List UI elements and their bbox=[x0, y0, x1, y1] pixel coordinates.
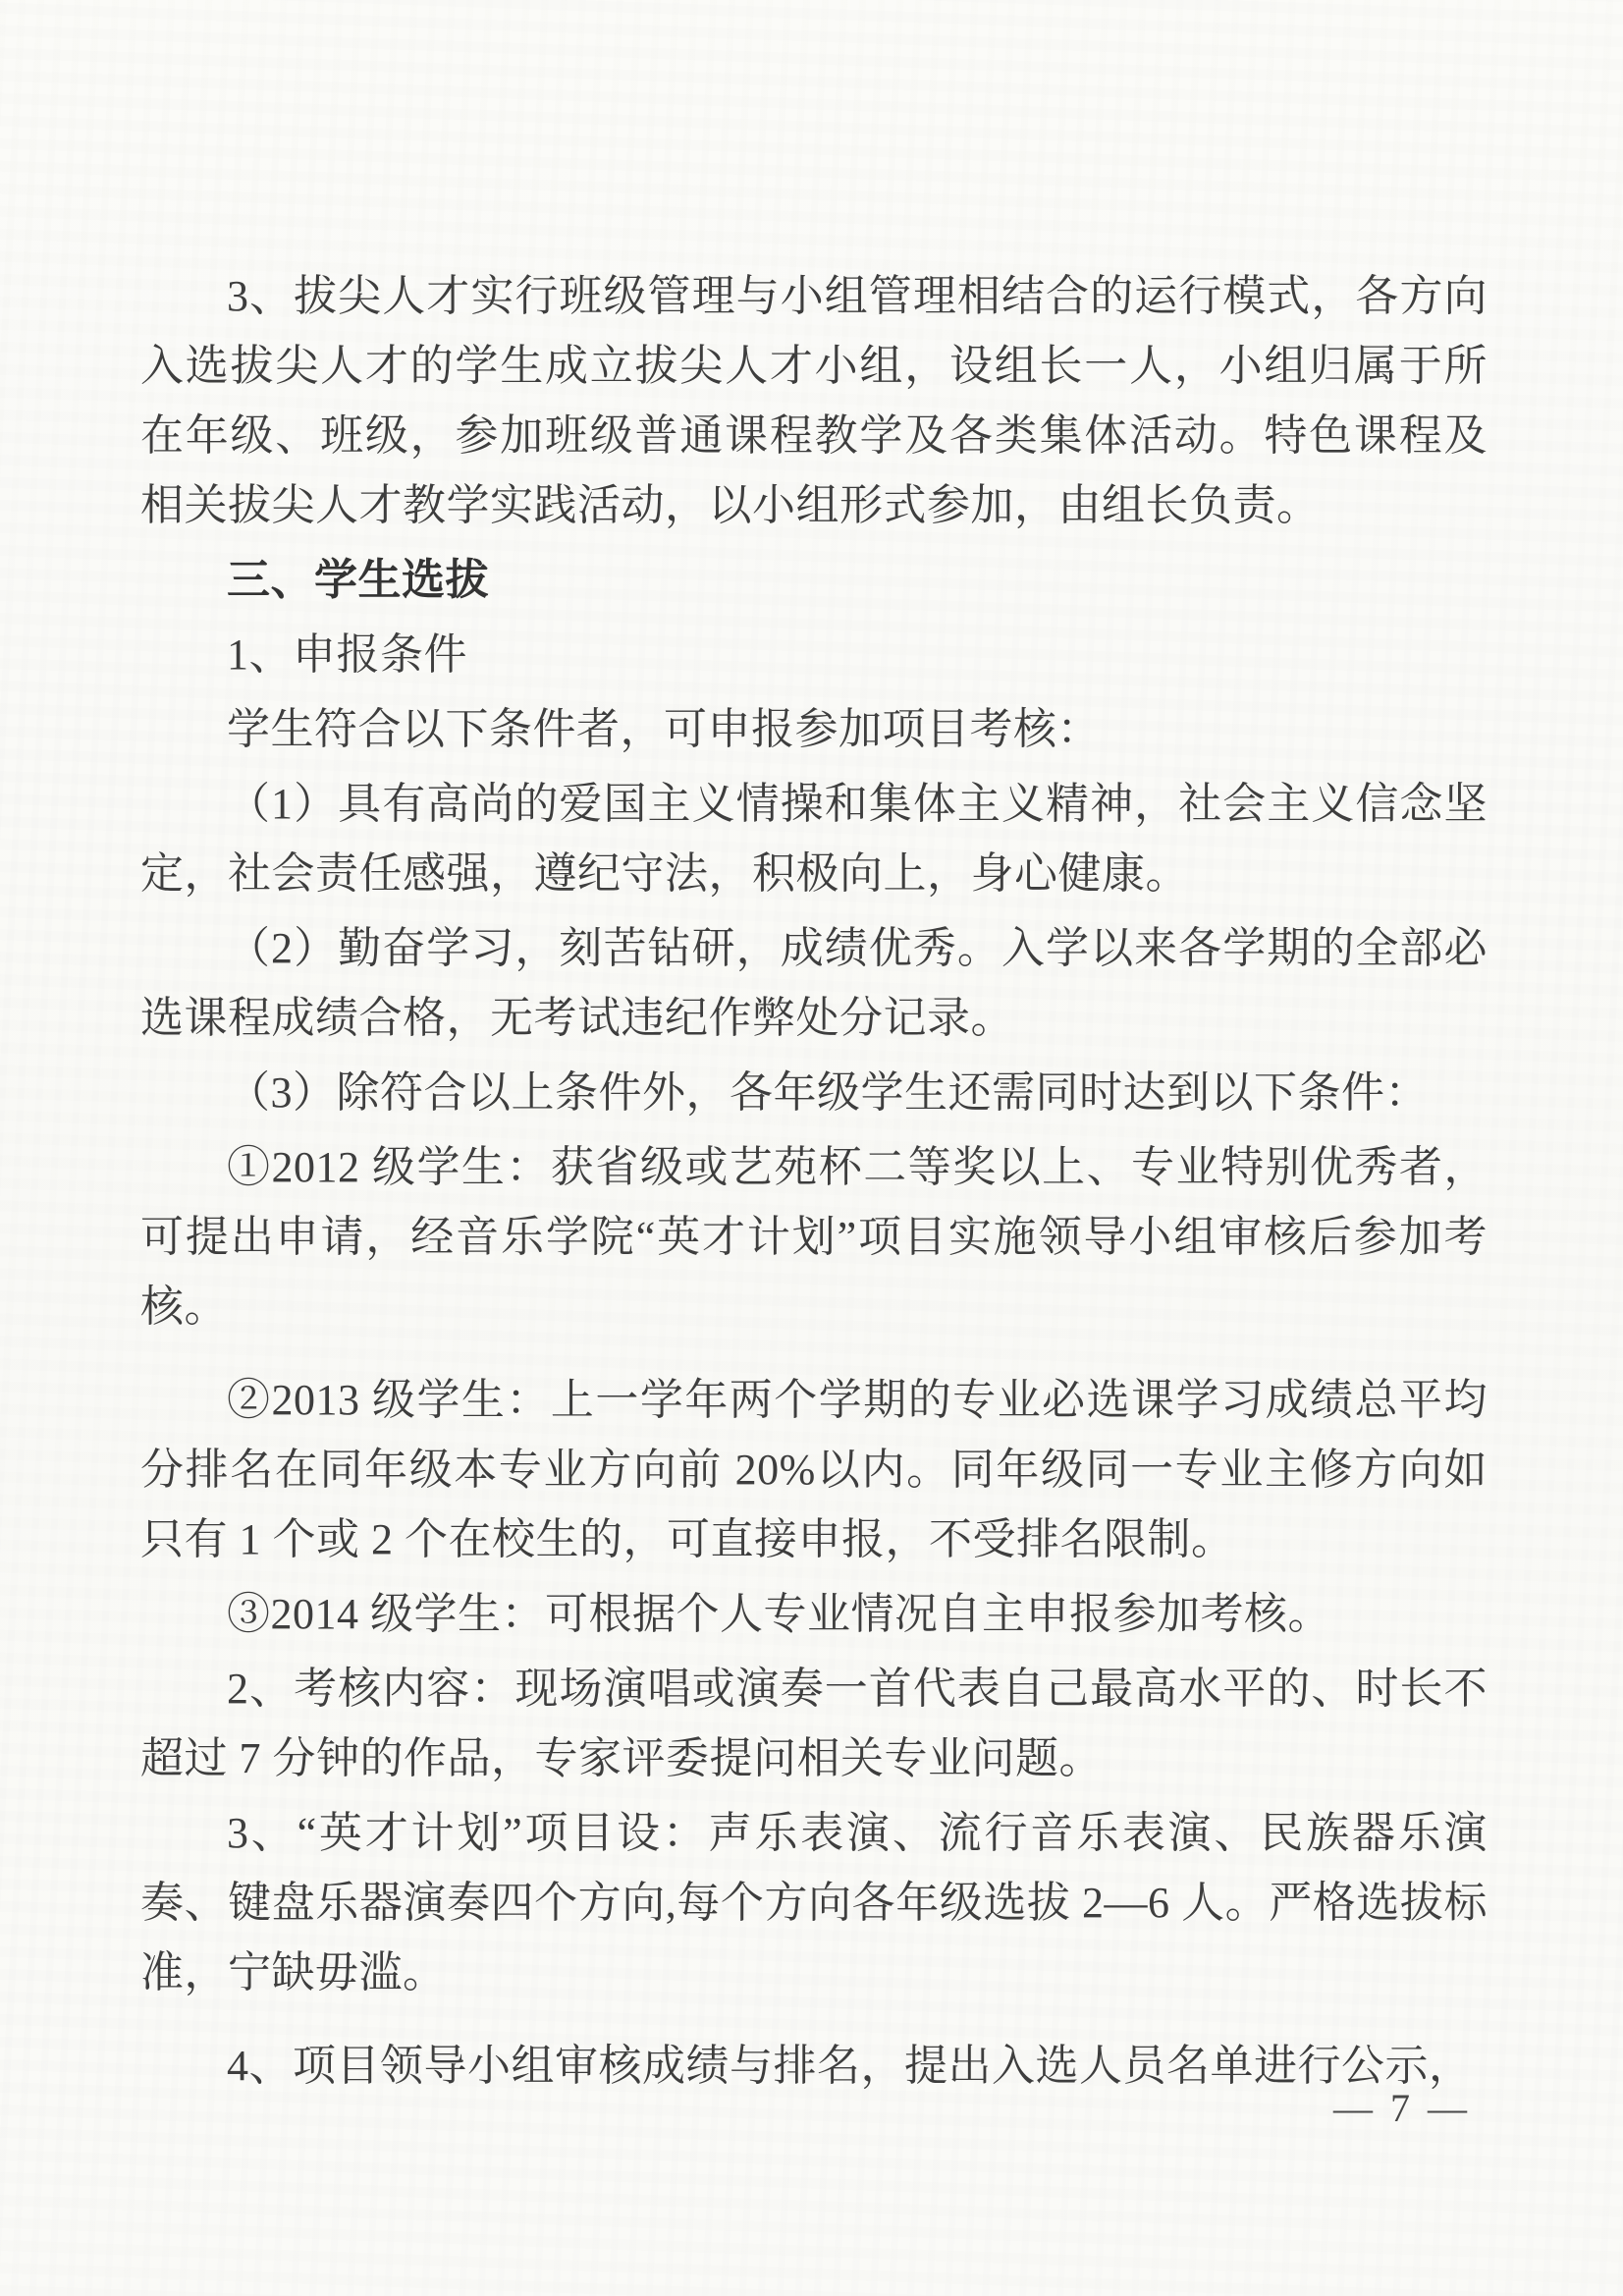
page-number: — 7 — bbox=[1333, 2085, 1471, 2131]
paragraph-program-directions: 3、“英才计划”项目设：声乐表演、流行音乐表演、民族器乐演奏、键盘乐器演奏四个方… bbox=[140, 1798, 1488, 2007]
paragraph-grade-2014: ③2014 级学生：可根据个人专业情况自主申报参加考核。 bbox=[140, 1579, 1488, 1649]
paragraph-grade-2013: ②2013 级学生：上一学年两个学期的专业必选课学习成绩总平均分排名在同年级本专… bbox=[140, 1365, 1488, 1574]
paragraph-condition-1: （1）具有高尚的爱国主义情操和集体主义精神，社会主义信念坚定，社会责任感强，遵纪… bbox=[140, 769, 1488, 908]
paragraph-review-publicity: 4、项目领导小组审核成绩与排名，提出入选人员名单进行公示， bbox=[140, 2031, 1488, 2101]
document-body: 3、拔尖人才实行班级管理与小组管理相结合的运行模式，各方向入选拔尖人才的学生成立… bbox=[140, 261, 1488, 2105]
paragraph-conditions-intro: 学生符合以下条件者，可申报参加项目考核： bbox=[140, 694, 1488, 764]
section-heading-student-selection: 三、学生选拔 bbox=[140, 545, 1488, 615]
paragraph-condition-3: （3）除符合以上条件外，各年级学生还需同时达到以下条件： bbox=[140, 1058, 1488, 1127]
paragraph-assessment-content: 2、考核内容：现场演唱或演奏一首代表自己最高水平的、时长不超过 7 分钟的作品，… bbox=[140, 1654, 1488, 1793]
subheading-application-conditions: 1、申报条件 bbox=[140, 620, 1488, 689]
paragraph-top-talent-management: 3、拔尖人才实行班级管理与小组管理相结合的运行模式，各方向入选拔尖人才的学生成立… bbox=[140, 261, 1488, 540]
paragraph-grade-2012: ①2012 级学生：获省级或艺苑杯二等奖以上、专业特别优秀者，可提出申请，经音乐… bbox=[140, 1132, 1488, 1341]
paragraph-condition-2: （2）勤奋学习，刻苦钻研，成绩优秀。入学以来各学期的全部必选课程成绩合格，无考试… bbox=[140, 913, 1488, 1053]
scanned-document-page: 3、拔尖人才实行班级管理与小组管理相结合的运行模式，各方向入选拔尖人才的学生成立… bbox=[0, 0, 1623, 2296]
